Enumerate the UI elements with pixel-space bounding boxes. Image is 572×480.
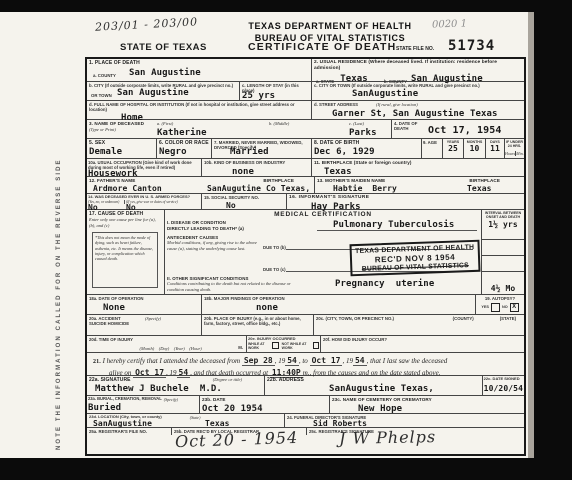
certify-to-date: Oct 17 [310, 356, 343, 366]
interval-a-value: 1½ yrs [483, 220, 523, 229]
row-certify-statement: 21. I hereby certify that I attended the… [87, 353, 524, 376]
place-county-value: San Augustine [129, 68, 201, 78]
row-injury-type-place: 20a. ACCIDENT SUICIDE HOMICIDE (Specify)… [87, 315, 524, 336]
box-injury-occurred: 20e. INJURY OCCURRED WHILE AT WORK NOT W… [247, 336, 321, 352]
autopsy-no-checkbox: X [510, 303, 519, 312]
box-name-of-deceased: 3. NAME OF DECEASED (Type or Print) a. (… [87, 120, 392, 138]
row-parents: 12. FATHER'S NAME BIRTHPLACE Ardmore Can… [87, 177, 524, 194]
scan-edge-shadow [528, 12, 534, 458]
disease-label-line2: DIRECTLY LEADING TO DEATH* (a) [167, 226, 244, 231]
certify-to-word: , to [299, 357, 308, 365]
certify-from-year: 54 [285, 356, 299, 366]
due-to-c-label: DUE TO (c) [263, 267, 286, 272]
institution-label: d. FULL NAME OF HOSPITAL OR INSTITUTION … [89, 102, 307, 112]
certify-19b: , 19 [342, 357, 353, 365]
box-interval-column: INTERVAL BETWEEN ONSET AND DEATH 1½ yrs … [482, 210, 524, 294]
place-title: 1. PLACE OF DEATH [89, 60, 309, 66]
not-while-at-work-checkbox [313, 342, 319, 349]
mother-birthplace-value: Texas [467, 184, 492, 193]
physician-address-label: 22b. ADDRESS [267, 377, 480, 383]
place-stay-cell: c. LENGTH OF STAY (in this place) 25 yrs [240, 82, 311, 100]
physician-address-value: SanAugustine Texas, [329, 384, 480, 394]
age-days-value: 11 [486, 144, 504, 153]
burial-location-state-label: (State) [190, 415, 201, 420]
box-date-of-birth: 8. DATE OF BIRTH Dec 6, 1929 [312, 139, 422, 158]
mother-name-value: Habtie Berry [333, 184, 397, 193]
box-funeral-director: 24. FUNERAL DIRECTOR'S SIGNATURE Sid Rob… [285, 414, 524, 427]
scan-border-right [534, 0, 572, 480]
cause-footnote-text: *This does not mean the mode of dying, s… [95, 235, 155, 261]
first-name-value: Katherine [157, 128, 265, 138]
box-usual-residence: 2. USUAL RESIDENCE (Where deceased lived… [312, 59, 524, 119]
injury-county-label: (COUNTY) [453, 316, 474, 334]
sex-value: Demale [89, 147, 154, 157]
reverse-side-note: NOTE THE INFORMATION CALLED FOR ON THE R… [56, 158, 62, 450]
time-of-injury-meridiem: M. [238, 345, 243, 350]
place-county-label: a. COUNTY [89, 73, 129, 78]
box-sex: 5. SEX Demale [87, 139, 157, 158]
burial-location-state-value: Texas [205, 419, 230, 428]
operation-findings-label: 18b. MAJOR FINDINGS OF OPERATION [204, 296, 473, 301]
interval-other-value: 4½ Mo [491, 284, 516, 293]
burial-label: 23a. BURIAL, CREMATION, REMOVAL [88, 397, 162, 402]
row-demographics: 5. SEX Demale 6. COLOR OR RACE Negro 7. … [87, 139, 524, 159]
antecedent-note: Morbid conditions, if any, giving rise t… [167, 240, 259, 251]
medical-certification-title: MEDICAL CERTIFICATION [165, 211, 481, 219]
row-occupation: 10a. USUAL OCCUPATION (Give kind of work… [87, 159, 524, 177]
physician-degree-label: (Degree or title) [213, 377, 262, 383]
dob-value: Dec 6, 1929 [314, 147, 419, 157]
ssn-value: No [226, 201, 284, 210]
father-name-value: Ardmore Canton [93, 184, 162, 193]
box-operation-date: 18a. DATE OF OPERATION None [87, 295, 202, 314]
length-of-stay-value: 25 yrs [242, 91, 309, 101]
box-burial-type: 23a. BURIAL, CREMATION, REMOVAL(Specify)… [87, 396, 200, 413]
accident-specify-label: (Specify) [145, 316, 161, 334]
autopsy-yes-checkbox [491, 303, 500, 312]
box-autopsy: 19. AUTOPSY? YES NO X [476, 295, 524, 314]
burial-specify-label: (Specify) [164, 397, 178, 402]
while-at-work-checkbox [272, 342, 278, 349]
dob-label: 8. DATE OF BIRTH [314, 140, 419, 146]
first-name-label: a. (First) [157, 121, 265, 127]
street-address-label: d. STREET ADDRESS [314, 102, 358, 108]
deceased-title: 3. NAME OF DECEASED [89, 121, 153, 127]
marital-value: Married [230, 147, 309, 157]
industry-value: none [232, 167, 309, 177]
row-name-dod: 3. NAME OF DECEASED (Type or Print) a. (… [87, 120, 524, 139]
age-min-label: Min. [515, 151, 524, 156]
age-years-value: 25 [443, 144, 463, 153]
row-location-director: 23d. LOCATION (City, town, or county) (S… [87, 414, 524, 428]
box-how-injury-occurred: 20f. HOW DID INJURY OCCUR? [321, 336, 524, 352]
box-ssn: 15. SOCIAL SECURITY NO. No [202, 194, 287, 209]
age-months-value: 10 [464, 144, 485, 153]
place-or-town-label: OR TOWN [89, 93, 117, 98]
row-service-informant: 14. WAS DECEASED EVER IN U. S. ARMED FOR… [87, 194, 524, 210]
residence-title: 2. USUAL RESIDENCE (Where deceased lived… [314, 60, 522, 72]
header-state-of-texas: STATE OF TEXAS [120, 42, 207, 53]
box-registrar-file-no: 25a. REGISTRAR'S FILE NO. [87, 428, 172, 435]
box-marital-status: 7. MARRIED, NEVER MARRIED, WIDOWED, DIVO… [212, 139, 312, 158]
handwritten-pencil-code: 0020 1 [432, 18, 467, 30]
autopsy-label: 19. AUTOPSY? [478, 296, 522, 301]
registrar-signature-handwritten: J W Phelps [339, 427, 436, 448]
handwritten-file-code: 203/01 - 203/00 [95, 15, 199, 33]
box-cemetery: 23c. NAME OF CEMETERY OR CREMATORY New H… [330, 396, 524, 413]
race-label: 6. COLOR OR RACE [159, 140, 209, 146]
box-birthplace: 11. BIRTHPLACE (State or foreign country… [312, 159, 524, 176]
registrar-file-label: 25a. REGISTRAR'S FILE NO. [89, 429, 169, 434]
certificate-form: 1. PLACE OF DEATH a. COUNTY San Augustin… [85, 57, 526, 456]
operation-date-label: 18a. DATE OF OPERATION [89, 296, 199, 301]
due-to-b-label: DUE TO (b) [263, 245, 286, 250]
certificate-title: CERTIFICATE OF DEATH [248, 41, 396, 53]
box-date-signed: 22c. DATE SIGNED 10/20/54 [483, 376, 524, 395]
row-burial: 23a. BURIAL, CREMATION, REMOVAL(Specify)… [87, 396, 524, 414]
other-conditions-note: Conditions contributing to the death but… [167, 281, 295, 292]
race-value: Negro [159, 147, 209, 157]
last-name-value: Parks [349, 128, 389, 138]
certify-seg2: , that I last saw the deceased [367, 357, 448, 365]
place-city-cell: b. CITY (If outside corporate limits, wr… [87, 82, 240, 100]
cause-of-death-note: Enter only one cause per line for (a), (… [89, 217, 159, 228]
registrar-date-handwritten: Oct 20 - 1954 [175, 428, 299, 451]
time-of-injury-label: 20d. TIME OF INJURY [89, 337, 135, 342]
date-signed-label: 22c. DATE SIGNED [484, 377, 523, 382]
received-stamp: TEXAS DEPARTMENT OF HEALTH REC'D NOV 8 1… [349, 240, 480, 277]
header-dept: TEXAS DEPARTMENT OF HEALTH [230, 21, 430, 33]
physician-signature-value: Matthew J Buchele M.D. [95, 384, 262, 394]
date-of-death-label: 4. DATE OF DEATH [394, 121, 420, 131]
place-city-value: San Augustine [117, 88, 189, 98]
cemetery-label: 23c. NAME OF CEMETERY OR CREMATORY [332, 397, 522, 403]
box-place-of-injury: 20b. PLACE OF INJURY (e.g., in or about … [202, 315, 314, 335]
last-name-label: c. (Last) [349, 121, 389, 127]
box-place-of-death: 1. PLACE OF DEATH a. COUNTY San Augustin… [87, 59, 312, 119]
ssn-label: 15. SOCIAL SECURITY NO. [204, 195, 284, 200]
box-time-of-injury: 20d. TIME OF INJURY (Month) (Day) (Year)… [87, 336, 247, 352]
box-armed-forces: 14. WAS DECEASED EVER IN U. S. ARMED FOR… [87, 194, 202, 209]
box-father: 12. FATHER'S NAME BIRTHPLACE Ardmore Can… [87, 177, 315, 193]
death-certificate-scan: NOTE THE INFORMATION CALLED FOR ON THE R… [0, 0, 572, 480]
middle-name-label: b. (Middle) [269, 121, 345, 127]
father-birthplace-value: SanAugutine Co Texas, [207, 184, 310, 193]
certify-to-year: 54 [353, 356, 367, 366]
place-of-injury-label: 20b. PLACE OF INJURY (e.g., in or about … [204, 316, 310, 326]
age-under24-label: IF UNDER 24 HRS. [505, 140, 524, 149]
box-informant: 16. INFORMANT'S SIGNATURE Hay Parks [287, 194, 524, 209]
box-industry: 10b. KIND OF BUSINESS OR INDUSTRY none [202, 159, 312, 176]
interval-c-cell [482, 256, 524, 272]
row-operation-autopsy: 18a. DATE OF OPERATION None 18b. MAJOR F… [87, 295, 524, 315]
box-physician-address: 22b. ADDRESS SanAugustine Texas, [265, 376, 483, 395]
residence-city-label: c. CITY OR TOWN (If outside corporate li… [314, 83, 522, 88]
box-burial-location: 23d. LOCATION (City, town, or county) (S… [87, 414, 285, 427]
state-file-no-label: STATE FILE NO. [396, 46, 434, 52]
box-race: 6. COLOR OR RACE Negro [157, 139, 212, 158]
row-place-residence: 1. PLACE OF DEATH a. COUNTY San Augustin… [87, 59, 524, 120]
row-physician: 22a. SIGNATURE (Degree or title) Matthew… [87, 376, 524, 396]
box-age: 9. AGE YEARS 25 MONTHS 10 DAYS 11 IF UND… [422, 139, 524, 158]
certify-number: 21. [93, 359, 101, 365]
disease-value: Pulmonary Tuberculosis [317, 220, 454, 230]
certify-19a: , 19 [275, 357, 286, 365]
interval-b-cell [482, 240, 524, 256]
funeral-director-value: Sid Roberts [313, 419, 367, 428]
informant-label: 16. INFORMANT'S SIGNATURE [289, 195, 522, 201]
row-registrar: 25a. REGISTRAR'S FILE NO. 25b. DATE REC'… [87, 428, 524, 435]
box-medical-main: MEDICAL CERTIFICATION I. DISEASE OR COND… [165, 210, 482, 294]
certify-from-date: Sep 28 [242, 356, 275, 366]
sex-label: 5. SEX [89, 140, 154, 146]
box-occupation: 10a. USUAL OCCUPATION (Give kind of work… [87, 159, 202, 176]
other-conditions-value: Pregnancy uterine [335, 279, 434, 289]
row-medical-certification: 17. CAUSE OF DEATH Enter only one cause … [87, 210, 524, 295]
autopsy-no-label: NO [502, 305, 508, 310]
street-address-value: Garner St, San Augustine Texas [332, 109, 522, 119]
date-of-death-value: Oct 17, 1954 [428, 125, 501, 136]
certify-seg1: I hereby certify that I attended the dec… [103, 357, 241, 365]
box-mother: 13. MOTHER'S MAIDEN NAME BIRTHPLACE Habt… [315, 177, 524, 193]
birthplace-value: Texas [324, 167, 522, 177]
cause-footnote-box: *This does not mean the mode of dying, s… [92, 232, 158, 288]
place-institution-cell: d. FULL NAME OF HOSPITAL OR INSTITUTION … [87, 101, 311, 120]
box-cause-of-death-sidebar: 17. CAUSE OF DEATH Enter only one cause … [87, 210, 165, 294]
interval-label: INTERVAL BETWEEN ONSET AND DEATH [483, 211, 523, 220]
box-date-of-death: 4. DATE OF DEATH Oct 17, 1954 [392, 120, 524, 138]
box-injury-location: 20c. (CITY, TOWN, OR PRECINCT NO.) (COUN… [314, 315, 524, 335]
residence-city-value: SanAugustine [352, 89, 522, 99]
injury-state-label: (STATE) [500, 316, 522, 334]
accident-label: 20a. ACCIDENT SUICIDE HOMICIDE [89, 316, 131, 334]
box-accident-suicide-homicide: 20a. ACCIDENT SUICIDE HOMICIDE (Specify) [87, 315, 202, 335]
industry-label: 10b. KIND OF BUSINESS OR INDUSTRY [204, 160, 309, 165]
not-while-at-work-label: NOT WHILE AT WORK [282, 342, 312, 350]
age-hours-label: Hours [505, 151, 515, 156]
physician-signature-label: 22a. SIGNATURE [89, 377, 131, 383]
operation-findings-value: none [256, 303, 473, 313]
birthplace-label: 11. BIRTHPLACE (State or foreign country… [314, 160, 522, 166]
burial-date-value: Oct 20 1954 [202, 404, 327, 414]
box-physician-signature: 22a. SIGNATURE (Degree or title) Matthew… [87, 376, 265, 395]
state-file-no-value: 51734 [448, 38, 495, 54]
while-at-work-label: WHILE AT WORK [248, 342, 271, 350]
box-certify-statement: 21. I hereby certify that I attended the… [87, 353, 524, 375]
street-address-sublabel: (If rural, give location) [376, 102, 418, 108]
row-injury-time: 20d. TIME OF INJURY (Month) (Day) (Year)… [87, 336, 524, 353]
residence-street-cell: d. STREET ADDRESS (If rural, give locati… [312, 101, 524, 120]
scan-border-bottom [0, 458, 572, 480]
burial-value: Buried [88, 403, 198, 413]
age-label: 9. AGE [423, 140, 441, 145]
box-operation-findings: 18b. MAJOR FINDINGS OF OPERATION none [202, 295, 476, 314]
box-burial-date: 23b. DATE Oct 20 1954 [200, 396, 330, 413]
cemetery-value: New Hope [358, 404, 522, 414]
scan-border-top [0, 0, 572, 12]
injury-city-label: 20c. (CITY, TOWN, OR PRECINCT NO.) [316, 316, 394, 334]
how-injury-occurred-label: 20f. HOW DID INJURY OCCUR? [323, 337, 522, 342]
time-of-injury-columns: (Month) (Day) (Year) (Hour) [139, 346, 201, 351]
burial-date-label: 23b. DATE [202, 397, 327, 403]
date-signed-value: 10/20/54 [484, 384, 523, 393]
autopsy-yes-label: YES [481, 305, 489, 310]
operation-date-value: None [103, 303, 199, 313]
deceased-subtitle: (Type or Print) [89, 127, 153, 133]
burial-location-city-value: SanAugustine [93, 419, 152, 428]
